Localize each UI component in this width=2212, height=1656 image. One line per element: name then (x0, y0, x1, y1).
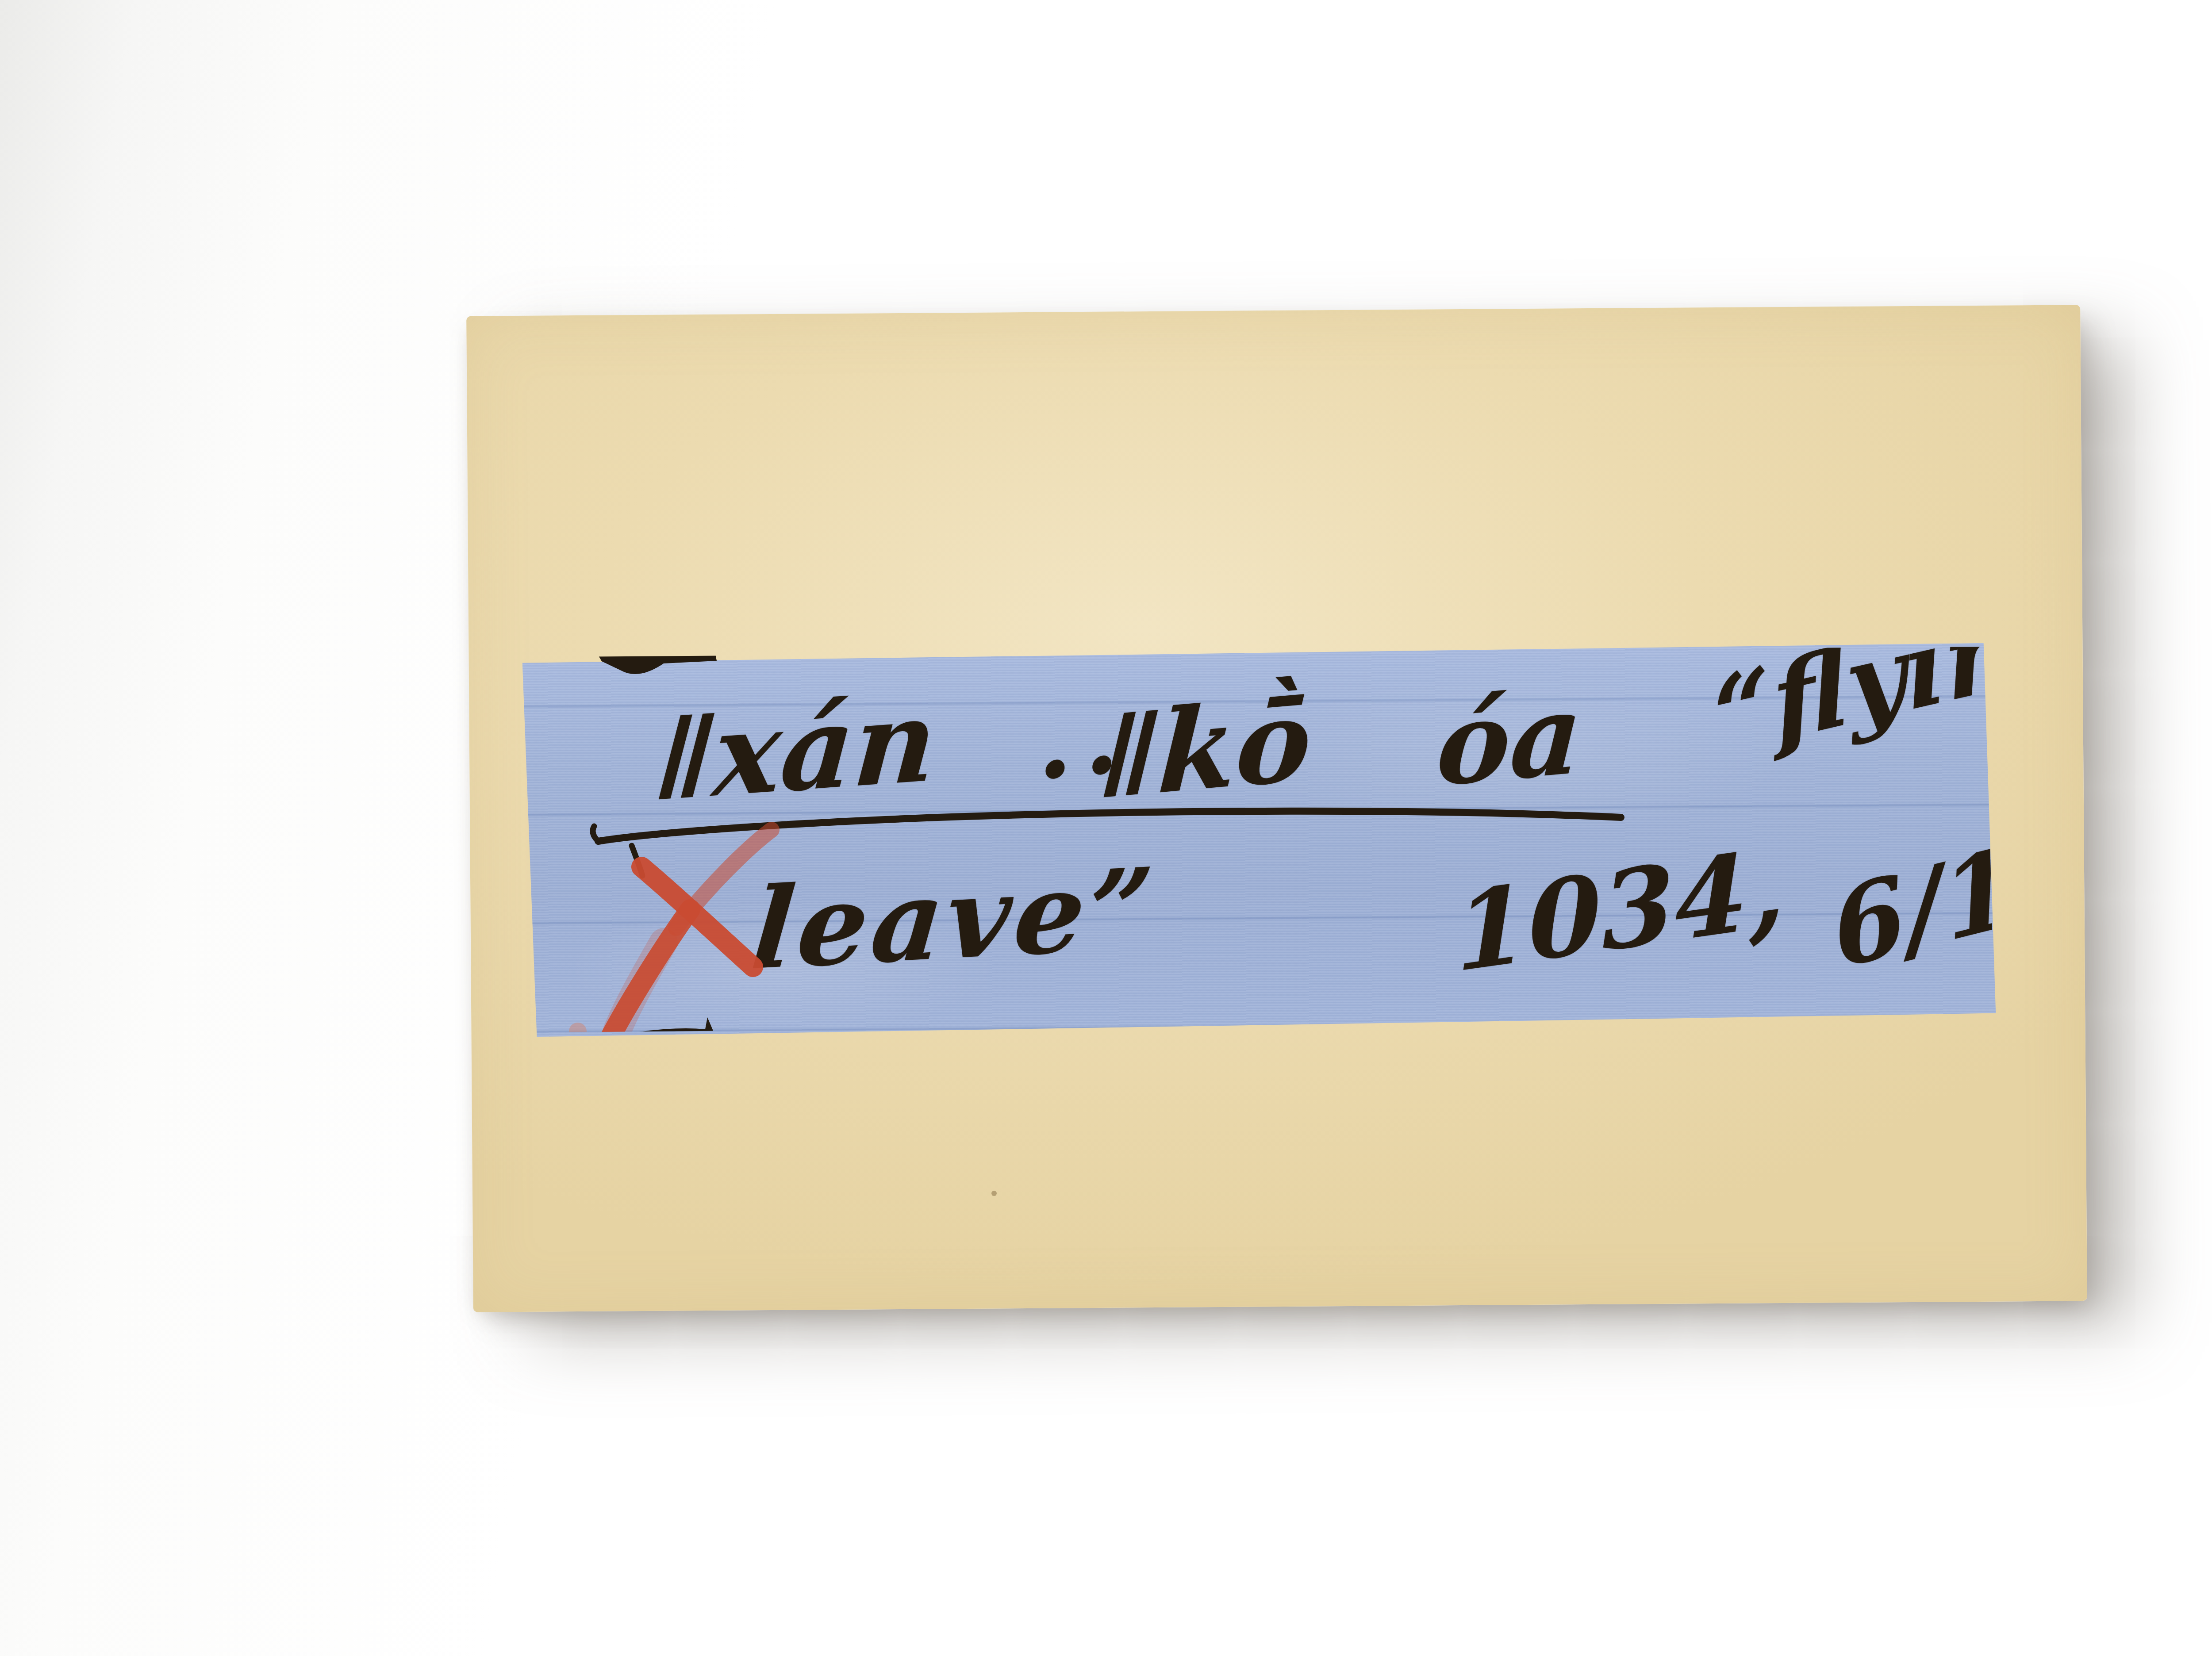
photo-backdrop: ǁxán ·· ǁkṑ óa “flying leave” 1034, 6/1 (0, 0, 2212, 1656)
paper-speck (991, 1191, 997, 1196)
underline-left-hook (593, 826, 598, 841)
